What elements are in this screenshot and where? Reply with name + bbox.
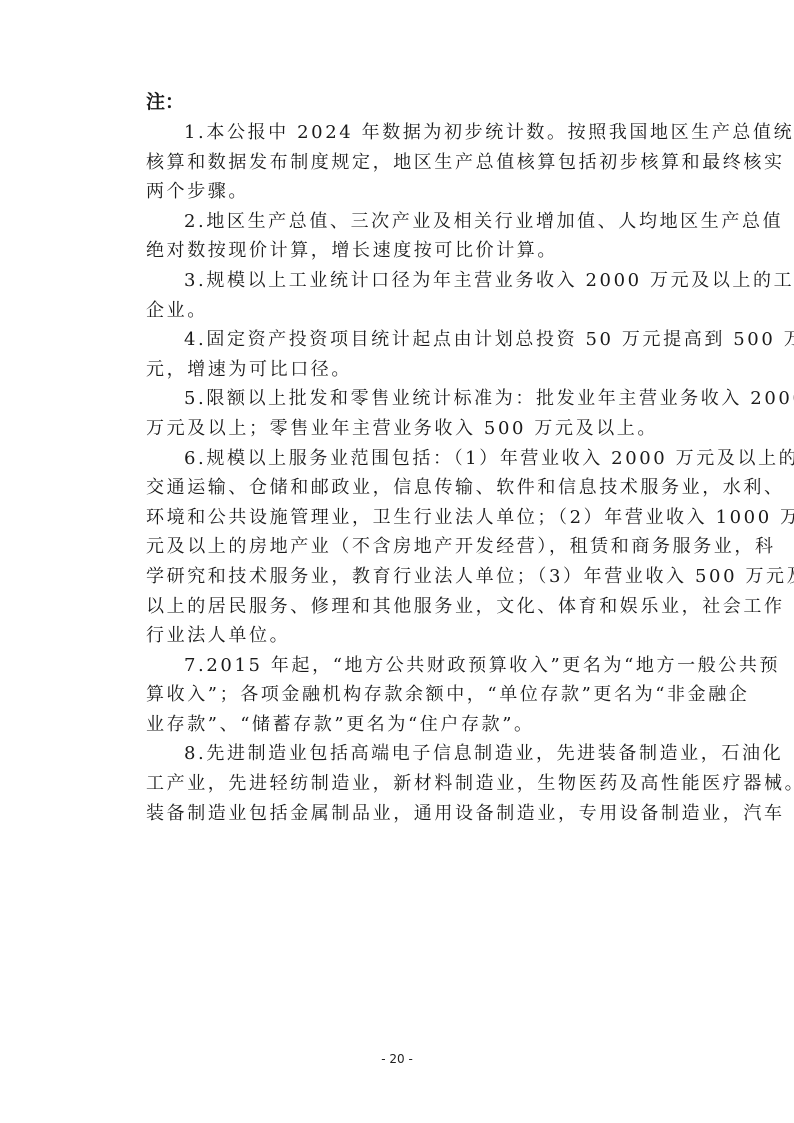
note-line: 交通运输、仓储和邮政业，信息传输、软件和信息技术服务业，水利、 xyxy=(108,473,692,503)
note-3: 3.规模以上工业统计口径为年主营业务收入 2000 万元及以上的工业 企业。 xyxy=(108,266,692,325)
note-2: 2.地区生产总值、三次产业及相关行业增加值、人均地区生产总值 绝对数按现价计算，… xyxy=(108,207,692,266)
page-number: - 20 - xyxy=(0,1052,794,1066)
note-8: 8.先进制造业包括高端电子信息制造业，先进装备制造业，石油化 工产业，先进轻纺制… xyxy=(108,739,692,828)
document-page: 注： 1.本公报中 2024 年数据为初步统计数。按照我国地区生产总值统一 核算… xyxy=(108,86,692,828)
note-1: 1.本公报中 2024 年数据为初步统计数。按照我国地区生产总值统一 核算和数据… xyxy=(108,118,692,207)
note-6: 6.规模以上服务业范围包括：（1）年营业收入 2000 万元及以上的 交通运输、… xyxy=(108,444,692,651)
note-line: 以上的居民服务、修理和其他服务业，文化、体育和娱乐业，社会工作 xyxy=(108,592,692,622)
note-line: 6.规模以上服务业范围包括：（1）年营业收入 2000 万元及以上的 xyxy=(108,444,692,474)
note-line: 业存款”、“储蓄存款”更名为“住户存款”。 xyxy=(108,710,692,740)
note-7: 7.2015 年起，“地方公共财政预算收入”更名为“地方一般公共预 算收入”；各… xyxy=(108,651,692,740)
note-line: 8.先进制造业包括高端电子信息制造业，先进装备制造业，石油化 xyxy=(108,739,692,769)
note-line: 5.限额以上批发和零售业统计标准为：批发业年主营业务收入 2000 xyxy=(108,384,692,414)
note-line: 行业法人单位。 xyxy=(108,621,692,651)
note-line: 学研究和技术服务业，教育行业法人单位；（3）年营业收入 500 万元及 xyxy=(108,562,692,592)
note-line: 算收入”；各项金融机构存款余额中，“单位存款”更名为“非金融企 xyxy=(108,680,692,710)
note-line: 2.地区生产总值、三次产业及相关行业增加值、人均地区生产总值 xyxy=(108,207,692,237)
note-line: 企业。 xyxy=(108,296,692,326)
note-line: 环境和公共设施管理业，卫生行业法人单位；（2）年营业收入 1000 万 xyxy=(108,503,692,533)
note-4: 4.固定资产投资项目统计起点由计划总投资 50 万元提高到 500 万 元，增速… xyxy=(108,325,692,384)
note-line: 3.规模以上工业统计口径为年主营业务收入 2000 万元及以上的工业 xyxy=(108,266,692,296)
note-line: 7.2015 年起，“地方公共财政预算收入”更名为“地方一般公共预 xyxy=(108,651,692,681)
note-line: 两个步骤。 xyxy=(108,177,692,207)
note-line: 装备制造业包括金属制品业，通用设备制造业，专用设备制造业，汽车 xyxy=(108,799,692,829)
note-line: 1.本公报中 2024 年数据为初步统计数。按照我国地区生产总值统一 xyxy=(108,118,692,148)
note-line: 万元及以上；零售业年主营业务收入 500 万元及以上。 xyxy=(108,414,692,444)
note-line: 元，增速为可比口径。 xyxy=(108,355,692,385)
notes-heading: 注： xyxy=(108,86,692,118)
note-line: 4.固定资产投资项目统计起点由计划总投资 50 万元提高到 500 万 xyxy=(108,325,692,355)
note-line: 核算和数据发布制度规定，地区生产总值核算包括初步核算和最终核实 xyxy=(108,148,692,178)
note-5: 5.限额以上批发和零售业统计标准为：批发业年主营业务收入 2000 万元及以上；… xyxy=(108,384,692,443)
note-line: 工产业，先进轻纺制造业，新材料制造业，生物医药及高性能医疗器械。 xyxy=(108,769,692,799)
note-line: 元及以上的房地产业（不含房地产开发经营），租赁和商务服务业，科 xyxy=(108,532,692,562)
note-line: 绝对数按现价计算，增长速度按可比价计算。 xyxy=(108,236,692,266)
